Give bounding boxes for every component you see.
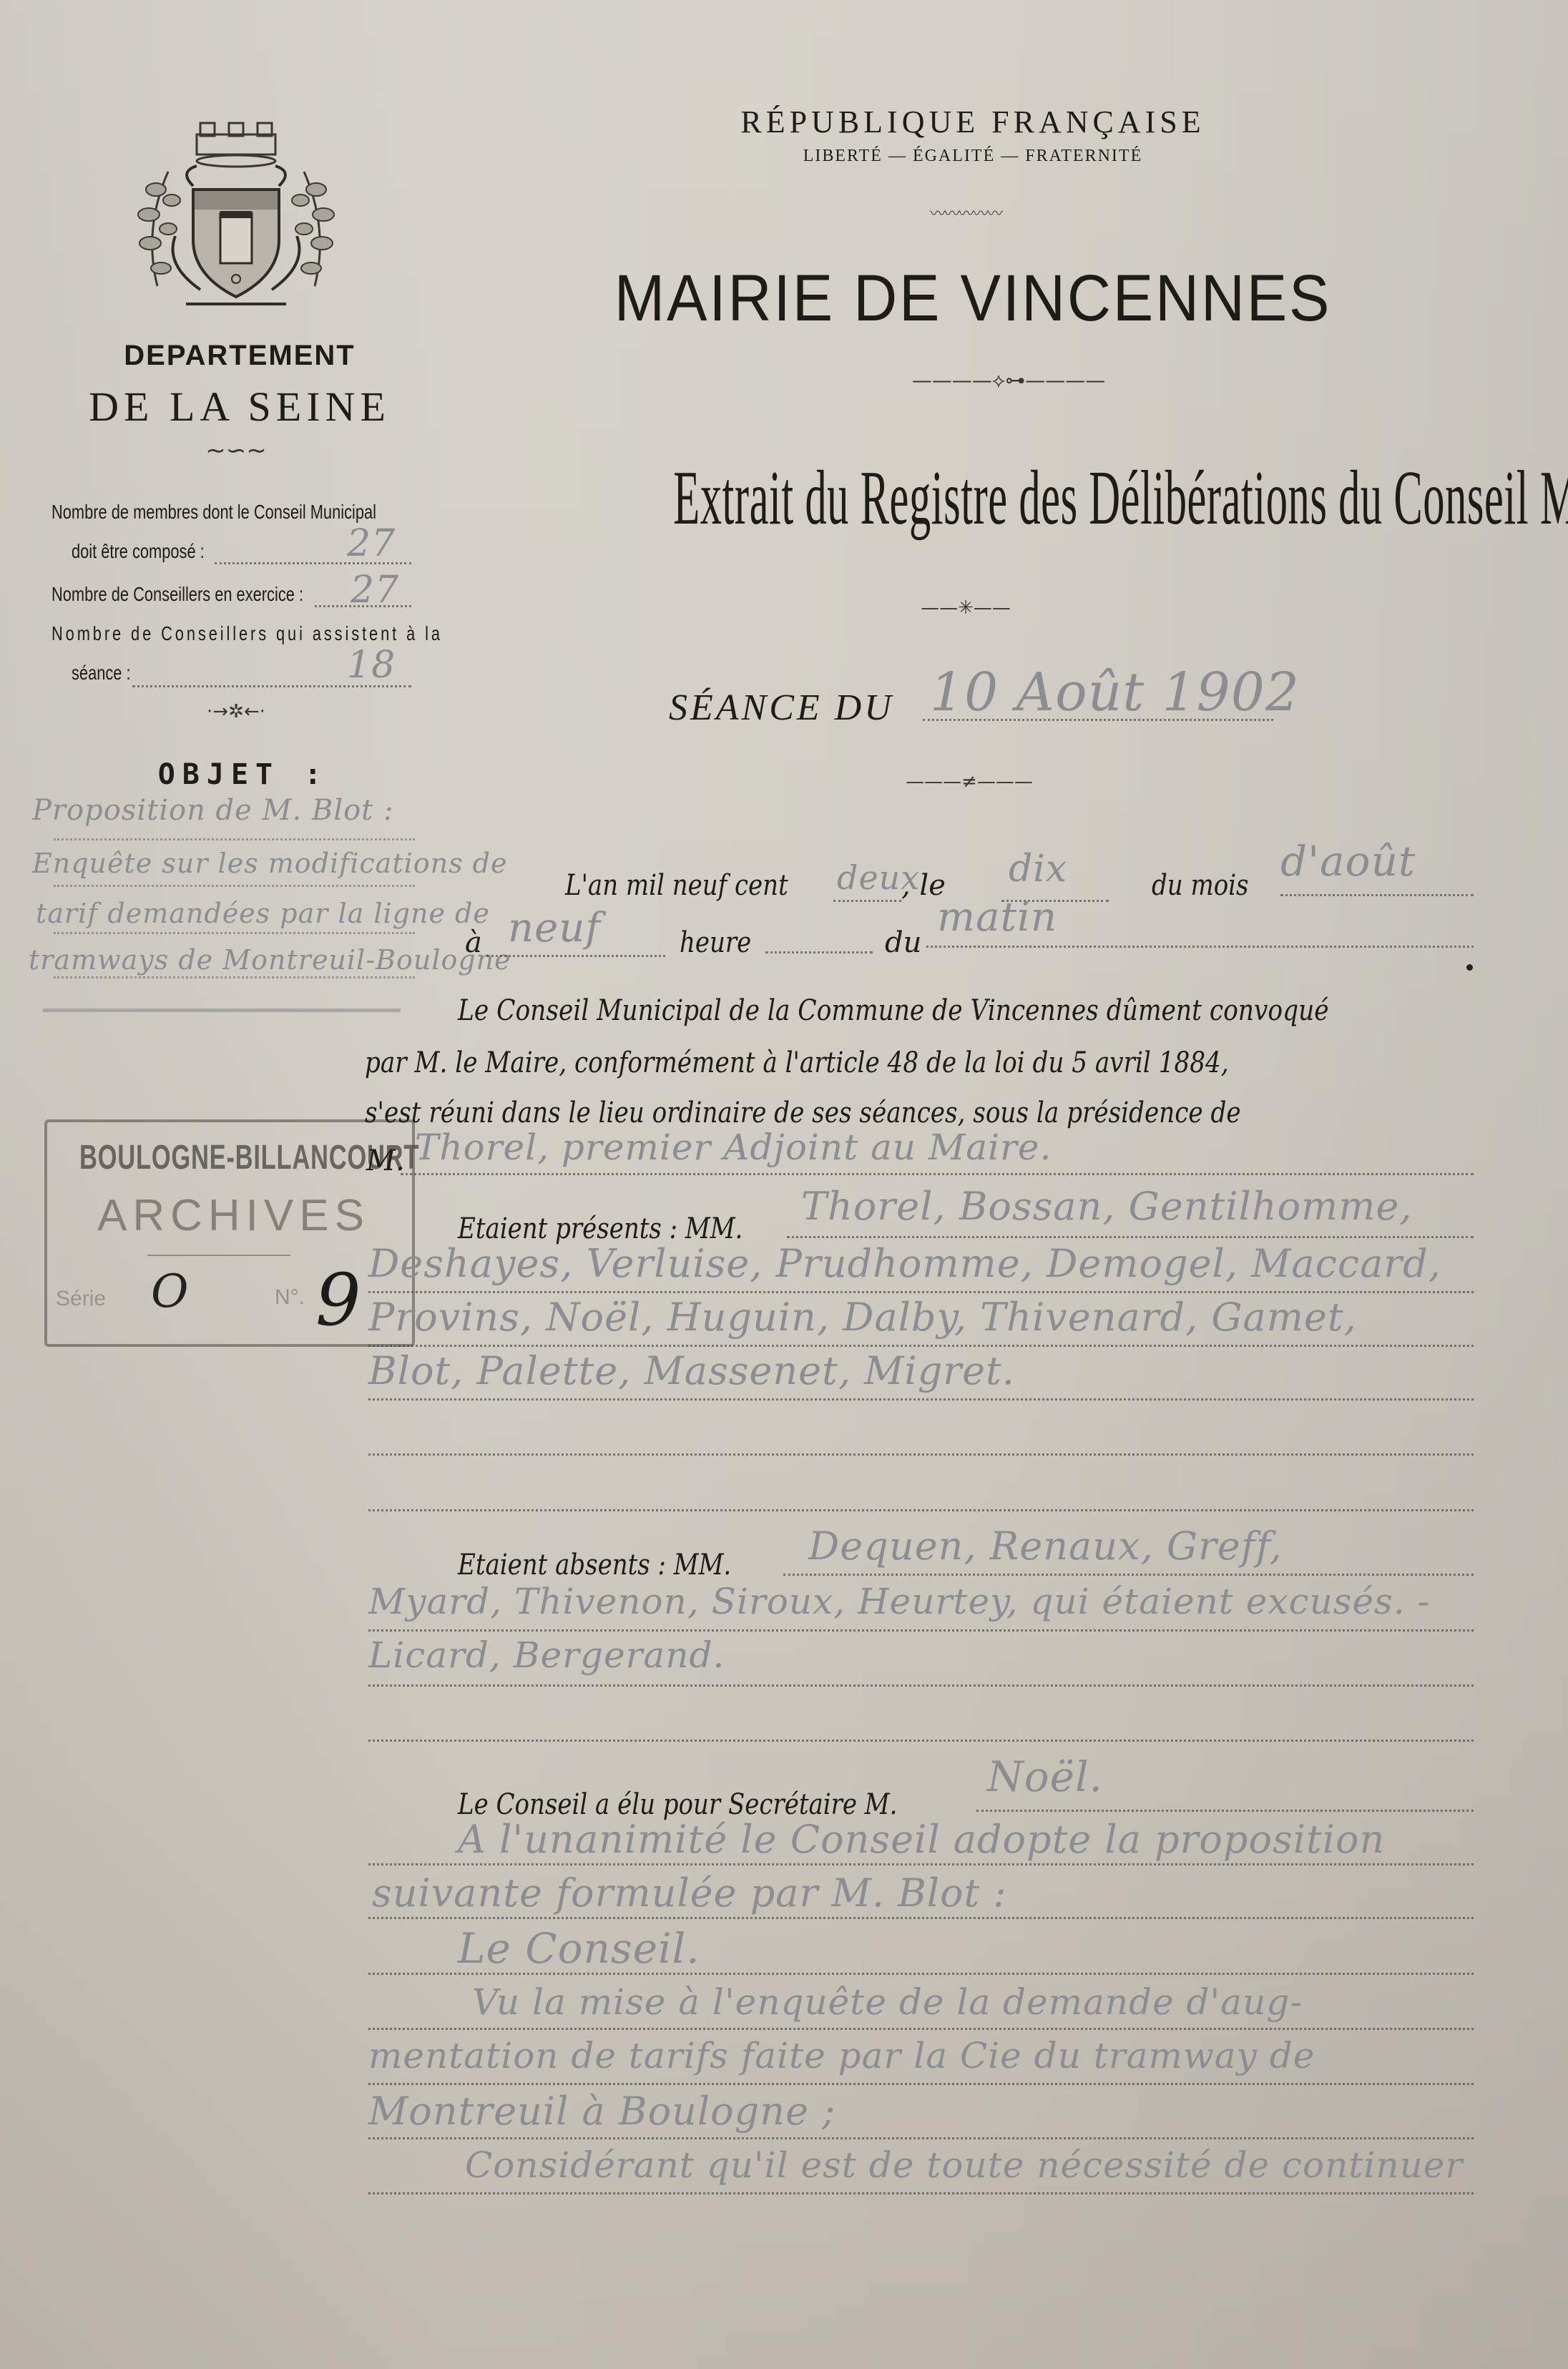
absents-dotted-line-2 xyxy=(368,1629,1474,1632)
heure-dotted-line xyxy=(765,951,873,953)
time-hour: neuf xyxy=(508,905,601,951)
date-day: dix xyxy=(1009,848,1067,891)
secretary-dotted-line xyxy=(976,1810,1474,1812)
objet-dotted-line-3 xyxy=(54,932,415,934)
absents-line-2: Myard, Thivenon, Siroux, Heurtey, qui ét… xyxy=(368,1581,1430,1622)
wave-ornament-icon: 〰〰〰〰〰 xyxy=(887,202,1044,224)
objet-dotted-line-2 xyxy=(54,885,415,887)
time-period: matin xyxy=(937,894,1057,941)
deliberation-line-3: Le Conseil. xyxy=(458,1924,700,1973)
stamp-series-value: O xyxy=(151,1265,188,1318)
deliberation-dotted-line-6 xyxy=(368,2137,1474,2139)
convocation-line-1: Le Conseil Municipal de la Commune de Vi… xyxy=(458,994,1329,1027)
deliberation-dotted-line-4 xyxy=(368,2028,1474,2030)
absents-dotted-line-1 xyxy=(783,1574,1474,1576)
members-label-1: Nombre de membres dont le Conseil Munici… xyxy=(52,501,376,524)
seance-label: SÉANCE DU xyxy=(669,687,894,729)
flourish-ornament-icon: ∼∽∼ xyxy=(165,436,308,465)
members-label-2: Nombre de Conseillers en exercice : xyxy=(52,583,303,606)
objet-underline xyxy=(43,1009,401,1012)
absents-dotted-line-3 xyxy=(368,1684,1474,1687)
republic-motto: LIBERTÉ — ÉGALITÉ — FRATERNITÉ xyxy=(644,147,1302,166)
coat-of-arms-icon xyxy=(136,122,336,311)
department-name: DE LA SEINE xyxy=(39,383,440,431)
deliberation-dotted-line-5 xyxy=(368,2083,1474,2085)
divider-ornament-icon: ————⟡⊶———— xyxy=(844,368,1173,393)
convocation-line-3: s'est réuni dans le lieu ordinaire de se… xyxy=(365,1097,1241,1129)
stamp-rule xyxy=(147,1255,290,1256)
presents-dotted-line-4 xyxy=(368,1398,1474,1401)
period-dot xyxy=(1466,964,1473,971)
stamp-number-value: 9 xyxy=(315,1258,361,1342)
presents-line-4: Blot, Palette, Massenet, Migret. xyxy=(368,1348,1015,1393)
president-name: Thorel, premier Adjoint au Maire. xyxy=(415,1127,1052,1168)
hour-dotted-line xyxy=(486,955,665,957)
date-line-mois: du mois xyxy=(1152,869,1249,902)
deliberation-line-6: Montreuil à Boulogne ; xyxy=(368,2089,836,2134)
presents-line-1: Thorel, Bossan, Gentilhomme, xyxy=(801,1184,1413,1229)
presents-line-3: Provins, Noël, Huguin, Dalby, Thivenard,… xyxy=(368,1295,1357,1340)
stamp-number-label: N°. xyxy=(275,1285,305,1310)
department-label: DEPARTEMENT xyxy=(100,340,379,372)
presents-dotted-line-5 xyxy=(368,1453,1474,1456)
objet-line-3: tarif demandées par la ligne de xyxy=(36,898,490,929)
stamp-series-label: Série xyxy=(56,1287,106,1311)
deliberation-line-7: Considérant qu'il est de toute nécessité… xyxy=(465,2144,1463,2186)
objet-label: OBJET : xyxy=(93,758,393,791)
objet-line-2: Enquête sur les modifications de xyxy=(32,848,508,879)
small-ornament-icon: ·→✲←· xyxy=(186,701,286,722)
president-label: M. xyxy=(366,1144,405,1177)
deliberation-dotted-line-2 xyxy=(368,1917,1474,1919)
objet-dotted-line-1 xyxy=(54,838,415,840)
members-label-3b: séance : xyxy=(72,662,131,685)
time-line-a: à xyxy=(465,926,482,959)
secretary-name: Noël. xyxy=(987,1752,1103,1801)
break-ornament-icon: ———≠——— xyxy=(887,771,1052,793)
absents-line-1: Dequen, Renaux, Greff, xyxy=(808,1524,1283,1569)
members-label-1b: doit être composé : xyxy=(72,540,205,563)
deliberation-line-4: Vu la mise à l'enquête de la demande d'a… xyxy=(472,1981,1303,2023)
absents-line-3: Licard, Bergerand. xyxy=(368,1634,725,1676)
absents-label: Etaient absents : MM. xyxy=(458,1549,731,1581)
presents-dotted-line-3 xyxy=(368,1345,1474,1347)
date-line-prefix: L'an mil neuf cent xyxy=(565,869,788,902)
presents-dotted-line-6 xyxy=(368,1509,1474,1511)
deliberation-line-1: A l'unanimité le Conseil adopte la propo… xyxy=(458,1817,1385,1862)
archives-stamp: BOULOGNE-BILLANCOURT ARCHIVES Série O N°… xyxy=(44,1119,415,1347)
deliberation-dotted-line-7 xyxy=(368,2192,1474,2194)
year-dotted-line xyxy=(833,900,901,902)
seance-date: 10 Août 1902 xyxy=(930,662,1300,723)
absents-dotted-line-4 xyxy=(368,1740,1474,1742)
star-ornament-icon: ——✳—— xyxy=(894,597,1037,619)
extrait-title: Extrait du Registre des Délibérations du… xyxy=(673,454,1258,543)
presents-dotted-line-2 xyxy=(368,1291,1474,1293)
period-dotted-line xyxy=(926,946,1474,948)
presents-line-2: Deshayes, Verluise, Prudhomme, Demogel, … xyxy=(368,1241,1441,1286)
members-total-value: 27 xyxy=(347,522,396,565)
convocation-line-2: par M. le Maire, conformément à l'articl… xyxy=(365,1046,1229,1079)
time-line-du: du xyxy=(885,926,921,959)
date-month: d'août xyxy=(1280,837,1416,886)
objet-line-1: Proposition de M. Blot : xyxy=(32,794,393,827)
deliberation-dotted-line-3 xyxy=(368,1973,1474,1975)
members-label-3: Nombre de Conseillers qui assistent à la xyxy=(52,622,443,645)
president-dotted-line xyxy=(401,1173,1474,1175)
deliberation-line-2: suivante formulée par M. Blot : xyxy=(372,1870,1007,1916)
members-present-value: 18 xyxy=(347,644,396,687)
month-dotted-line xyxy=(1280,894,1474,896)
deliberation-dotted-line-1 xyxy=(368,1863,1474,1865)
objet-dotted-line-4 xyxy=(54,976,415,978)
presents-dotted-line-1 xyxy=(787,1236,1474,1238)
republic-title: RÉPUBLIQUE FRANÇAISE xyxy=(644,104,1302,140)
mairie-title: MAIRIE DE VINCENNES xyxy=(539,261,1407,336)
members-active-value: 27 xyxy=(351,569,399,612)
time-line-heure: heure xyxy=(680,926,751,959)
deliberation-line-5: mentation de tarifs faite par la Cie du … xyxy=(368,2035,1315,2076)
objet-line-4: tramways de Montreuil-Boulogne xyxy=(29,944,511,976)
stamp-archives: ARCHIVES xyxy=(97,1190,370,1241)
